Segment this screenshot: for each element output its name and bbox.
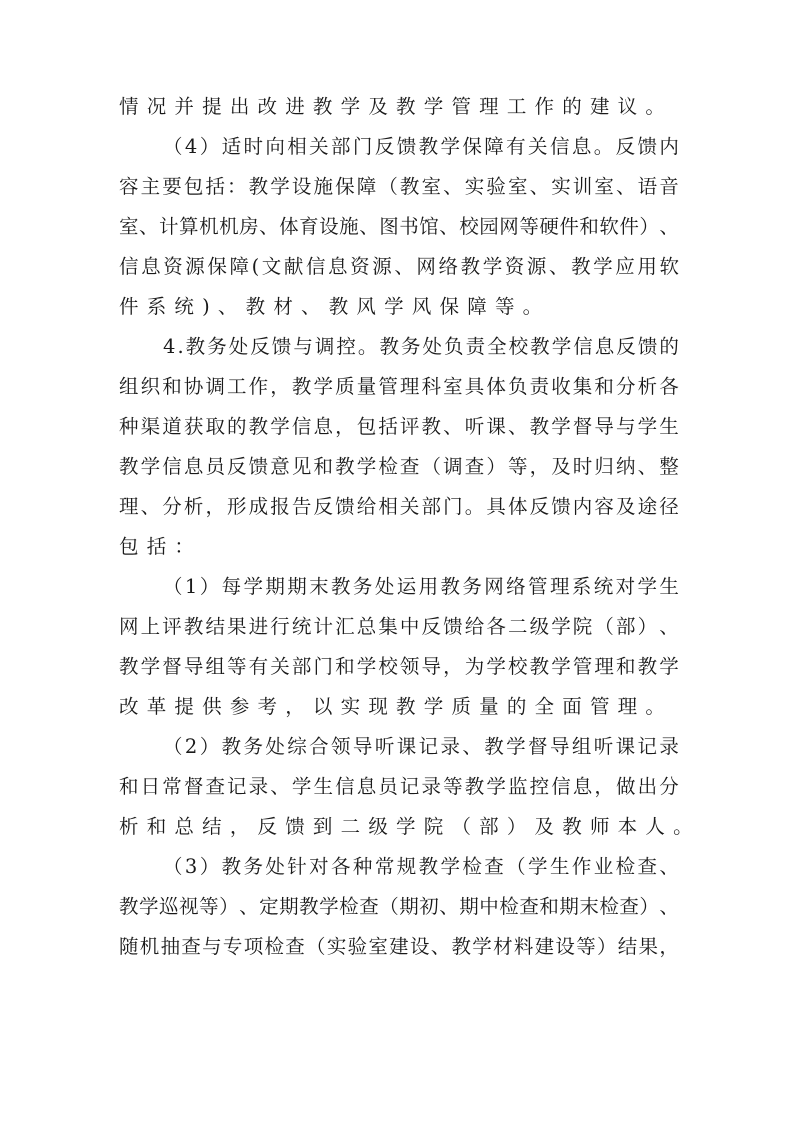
- text-line: （3）教务处针对各种常规教学检查（学生作业检查、: [119, 852, 679, 892]
- text-line: 教学督导组等有关部门和学校领导，为学校教学管理和教学: [119, 652, 679, 692]
- text-line: 随机抽查与专项检查（实验室建设、教学材料建设等）结果，: [119, 932, 679, 972]
- text-line: 种渠道获取的教学信息，包括评教、听课、教学督导与学生: [119, 412, 679, 452]
- text-line: （1）每学期期末教务处运用教务网络管理系统对学生: [119, 572, 679, 612]
- text-line: 件系统)、教材、教风学风保障等。: [119, 292, 679, 332]
- text-line: 教学巡视等）、定期教学检查（期初、期中检查和期末检查）、: [119, 892, 679, 932]
- text-line: 教学信息员反馈意见和教学检查（调查）等，及时归纳、整: [119, 452, 679, 492]
- text-line: （2）教务处综合领导听课记录、教学督导组听课记录: [119, 732, 679, 772]
- document-body: 情况并提出改进教学及教学管理工作的建议。 （4）适时向相关部门反馈教学保障有关信…: [119, 92, 679, 972]
- text-line: （4）适时向相关部门反馈教学保障有关信息。反馈内: [119, 132, 679, 172]
- text-line: 室、计算机机房、体育设施、图书馆、校园网等硬件和软件）、: [119, 212, 679, 252]
- text-line: 4.教务处反馈与调控。教务处负责全校教学信息反馈的: [119, 332, 679, 372]
- text-line: 信息资源保障(文献信息资源、网络教学资源、教学应用软: [119, 252, 679, 292]
- text-line: 包括：: [119, 532, 679, 572]
- text-line: 组织和协调工作，教学质量管理科室具体负责收集和分析各: [119, 372, 679, 412]
- text-line: 网上评教结果进行统计汇总集中反馈给各二级学院（部）、: [119, 612, 679, 652]
- document-page: 情况并提出改进教学及教学管理工作的建议。 （4）适时向相关部门反馈教学保障有关信…: [0, 0, 793, 1122]
- text-line: 改革提供参考，以实现教学质量的全面管理。: [119, 692, 679, 732]
- text-line: 理、分析，形成报告反馈给相关部门。具体反馈内容及途径: [119, 492, 679, 532]
- text-line: 和日常督查记录、学生信息员记录等教学监控信息，做出分: [119, 772, 679, 812]
- text-line: 情况并提出改进教学及教学管理工作的建议。: [119, 92, 679, 132]
- text-line: 容主要包括：教学设施保障（教室、实验室、实训室、语音: [119, 172, 679, 212]
- text-line: 析和总结，反馈到二级学院（部）及教师本人。: [119, 812, 679, 852]
